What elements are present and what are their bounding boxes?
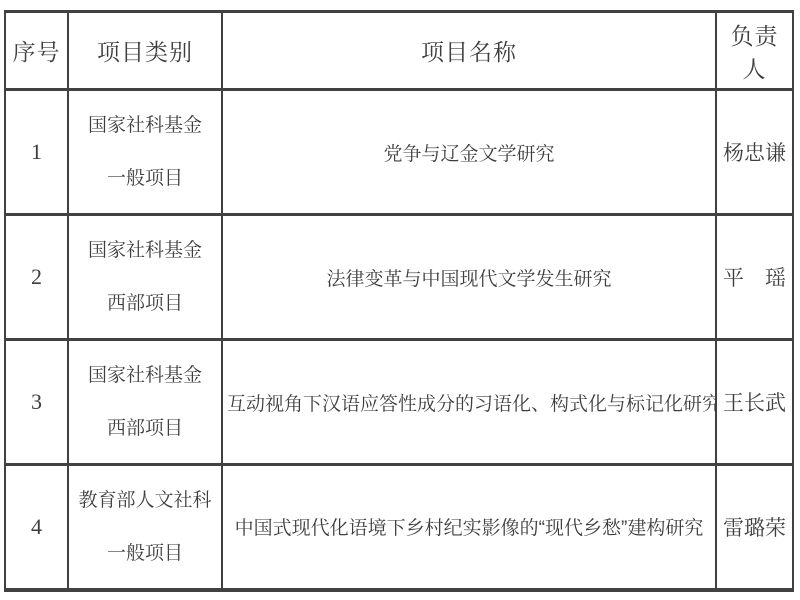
table-row: 4 教育部人文社科 一般项目 中国式现代化语境下乡村纪实影像的“现代乡愁”建构研… bbox=[5, 465, 793, 590]
category-line-2: 一般项目 bbox=[73, 527, 217, 580]
cell-index: 3 bbox=[5, 340, 68, 465]
table-row: 1 国家社科基金 一般项目 党争与辽金文学研究 杨忠谦 bbox=[5, 90, 793, 215]
col-header-project-name: 项目名称 bbox=[222, 12, 716, 90]
category-line-2: 一般项目 bbox=[73, 152, 217, 205]
col-header-category: 项目类别 bbox=[68, 12, 222, 90]
category-line-2: 西部项目 bbox=[73, 402, 217, 455]
cell-category: 国家社科基金 西部项目 bbox=[68, 340, 222, 465]
category-line-2: 西部项目 bbox=[73, 277, 217, 330]
cell-project-name: 互动视角下汉语应答性成分的习语化、构式化与标记化研究 bbox=[222, 340, 716, 465]
cell-index: 2 bbox=[5, 215, 68, 340]
cell-category: 国家社科基金 西部项目 bbox=[68, 215, 222, 340]
category-line-1: 国家社科基金 bbox=[73, 99, 217, 152]
col-header-leader: 负责人 bbox=[716, 12, 793, 90]
projects-table: 序号 项目类别 项目名称 负责人 1 国家社科基金 一般项目 党争与辽金文学研究… bbox=[4, 10, 794, 592]
category-line-1: 国家社科基金 bbox=[73, 349, 217, 402]
cell-index: 4 bbox=[5, 465, 68, 590]
header-row: 序号 项目类别 项目名称 负责人 bbox=[5, 12, 793, 90]
cell-leader: 平 瑶 bbox=[716, 215, 793, 340]
cell-project-name: 中国式现代化语境下乡村纪实影像的“现代乡愁”建构研究 bbox=[222, 465, 716, 590]
col-header-index: 序号 bbox=[5, 12, 68, 90]
cell-leader: 杨忠谦 bbox=[716, 90, 793, 215]
table-row: 3 国家社科基金 西部项目 互动视角下汉语应答性成分的习语化、构式化与标记化研究… bbox=[5, 340, 793, 465]
cell-leader: 王长武 bbox=[716, 340, 793, 465]
cell-category: 国家社科基金 一般项目 bbox=[68, 90, 222, 215]
category-line-1: 国家社科基金 bbox=[73, 224, 217, 277]
category-line-1: 教育部人文社科 bbox=[73, 474, 217, 527]
cell-project-name: 党争与辽金文学研究 bbox=[222, 90, 716, 215]
document-page: 序号 项目类别 项目名称 负责人 1 国家社科基金 一般项目 党争与辽金文学研究… bbox=[0, 0, 800, 600]
table-row: 2 国家社科基金 西部项目 法律变革与中国现代文学发生研究 平 瑶 bbox=[5, 215, 793, 340]
cell-index: 1 bbox=[5, 90, 68, 215]
cell-leader: 雷璐荣 bbox=[716, 465, 793, 590]
cell-project-name: 法律变革与中国现代文学发生研究 bbox=[222, 215, 716, 340]
cell-category: 教育部人文社科 一般项目 bbox=[68, 465, 222, 590]
